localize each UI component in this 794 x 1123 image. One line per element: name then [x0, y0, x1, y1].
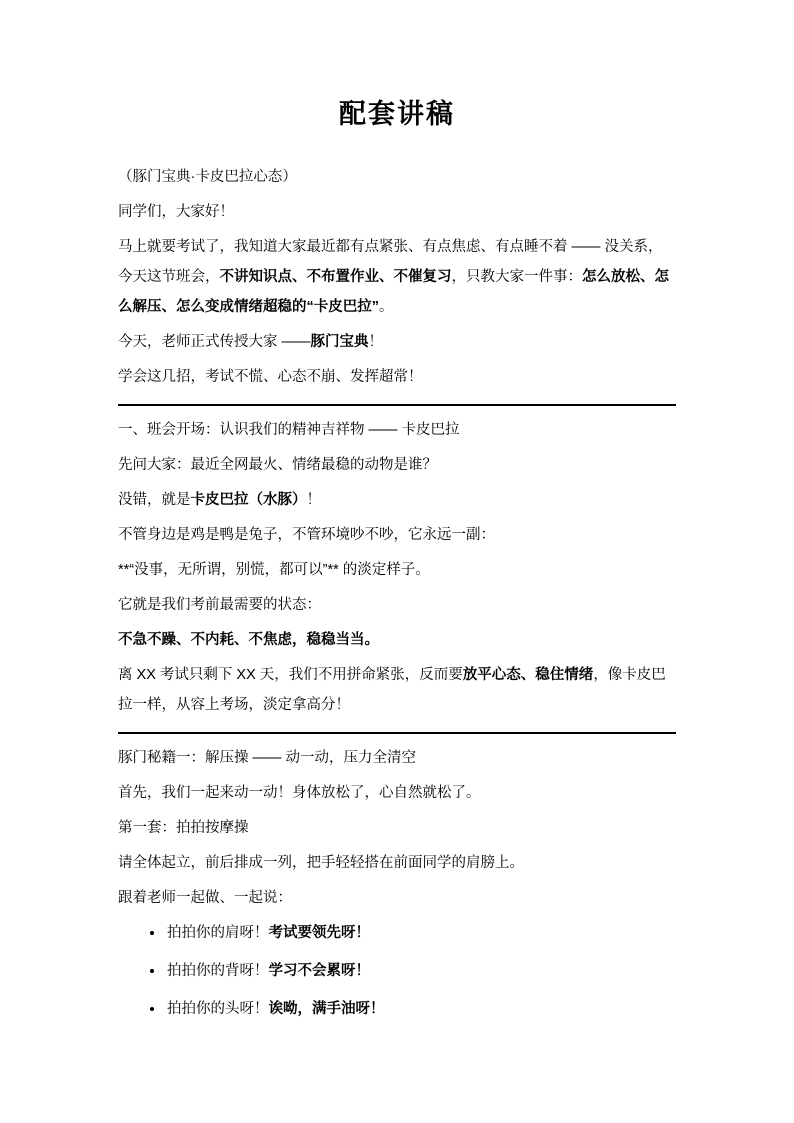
text-run-bold: 放平心态、稳住情绪	[463, 667, 594, 683]
paragraph-question: 先问大家：最近全网最火、情绪最稳的动物是谁？	[118, 450, 676, 480]
text-run: 同学们，大家好！	[118, 204, 234, 220]
document-page: 配套讲稿 （豚门宝典·卡皮巴拉心态） 同学们，大家好！ 马上就要考试了，我知道大…	[0, 0, 794, 1123]
paragraph-handbook: 今天，老师正式传授大家 ——豚门宝典！	[118, 327, 676, 357]
text-run: 没错，就是	[118, 492, 191, 508]
text-run: 拍拍你的背呀！	[167, 963, 269, 979]
text-run: 先问大家：最近全网最火、情绪最稳的动物是谁？	[118, 457, 437, 473]
text-run: 今天，老师正式传授大家 ——	[118, 334, 311, 350]
text-run: 拍拍你的肩呀！	[167, 925, 269, 941]
document-title: 配套讲稿	[118, 97, 676, 131]
text-run: ，只教大家一件事：	[452, 269, 583, 285]
list-item: 拍拍你的头呀！诶呦，满手油呀！	[165, 994, 676, 1024]
paragraph-exercise-intro: 首先，我们一起来动一动！身体放松了，心自然就松了。	[118, 778, 676, 808]
text-run: 一、班会开场：认识我们的精神吉祥物 —— 卡皮巴拉	[118, 422, 460, 438]
text-run: ！	[369, 334, 384, 350]
text-run: 请全体起立，前后排成一列，把手轻轻搭在前面同学的肩膀上。	[118, 855, 524, 871]
text-run: 首先，我们一起来动一动！身体放松了，心自然就松了。	[118, 785, 481, 801]
paragraph-calm-2: **“没事，无所谓，别慌，都可以”** 的淡定样子。	[118, 555, 676, 585]
paragraph-calm-1: 不管身边是鸡是鸭是兔子，不管环境吵不吵，它永远一副：	[118, 520, 676, 550]
text-run-bold: 考试要领先呀！	[269, 925, 371, 941]
text-run: 跟着老师一起做、一起说：	[118, 890, 292, 906]
subtitle: （豚门宝典·卡皮巴拉心态）	[118, 162, 676, 192]
text-run: **“没事，无所谓，别慌，都可以”** 的淡定样子。	[118, 562, 430, 578]
list-item: 拍拍你的背呀！学习不会累呀！	[165, 956, 676, 986]
paragraph-intro: 马上就要考试了，我知道大家最近都有点紧张、有点焦虑、有点睡不着 —— 没关系，今…	[118, 232, 676, 322]
bullet-list: 拍拍你的肩呀！考试要领先呀！ 拍拍你的背呀！学习不会累呀！ 拍拍你的头呀！诶呦，…	[118, 918, 676, 1024]
paragraph-set-one: 第一套：拍拍按摩操	[118, 813, 676, 843]
text-run: 不管身边是鸡是鸭是兔子，不管环境吵不吵，它永远一副：	[118, 527, 495, 543]
paragraph-instructions: 请全体起立，前后排成一列，把手轻轻搭在前面同学的肩膀上。	[118, 848, 676, 878]
text-run: 拍拍你的头呀！	[167, 1001, 269, 1017]
paragraph-answer: 没错，就是卡皮巴拉（水豚）！	[118, 485, 676, 515]
text-run: 学会这几招，考试不慌、心态不崩、发挥超常！	[118, 369, 423, 385]
text-run: 离 XX 考试只剩下 XX 天，我们不用拼命紧张，反而要	[118, 667, 463, 683]
section-divider	[118, 404, 676, 406]
section-heading-2: 豚门秘籍一：解压操 —— 动一动，压力全清空	[118, 743, 676, 773]
text-run-bold: 豚门宝典	[311, 334, 369, 350]
text-run-bold: 诶呦，满手油呀！	[269, 1001, 385, 1017]
section-heading-1: 一、班会开场：认识我们的精神吉祥物 —— 卡皮巴拉	[118, 415, 676, 445]
text-run: 第一套：拍拍按摩操	[118, 820, 249, 836]
text-run-bold: 不急不躁、不内耗、不焦虑，稳稳当当。	[118, 632, 379, 648]
paragraph-state: 它就是我们考前最需要的状态：	[118, 590, 676, 620]
list-item: 拍拍你的肩呀！考试要领先呀！	[165, 918, 676, 948]
paragraph-motto: 不急不躁、不内耗、不焦虑，稳稳当当。	[118, 625, 676, 655]
paragraph-follow: 跟着老师一起做、一起说：	[118, 883, 676, 913]
text-run-bold: 卡皮巴拉（水豚）	[191, 492, 307, 508]
paragraph-greeting: 同学们，大家好！	[118, 197, 676, 227]
text-run: 。	[379, 299, 394, 315]
text-run: 它就是我们考前最需要的状态：	[118, 597, 321, 613]
paragraph-promise: 学会这几招，考试不慌、心态不崩、发挥超常！	[118, 362, 676, 392]
text-run: ！	[307, 492, 322, 508]
text-run: 豚门秘籍一：解压操 —— 动一动，压力全清空	[118, 750, 416, 766]
paragraph-countdown: 离 XX 考试只剩下 XX 天，我们不用拼命紧张，反而要放平心态、稳住情绪，像卡…	[118, 660, 676, 720]
text-run-bold: 不讲知识点、不布置作业、不催复习	[220, 269, 452, 285]
text-run: （豚门宝典·卡皮巴拉心态）	[118, 169, 297, 185]
section-divider	[118, 732, 676, 734]
text-run-bold: 学习不会累呀！	[269, 963, 371, 979]
